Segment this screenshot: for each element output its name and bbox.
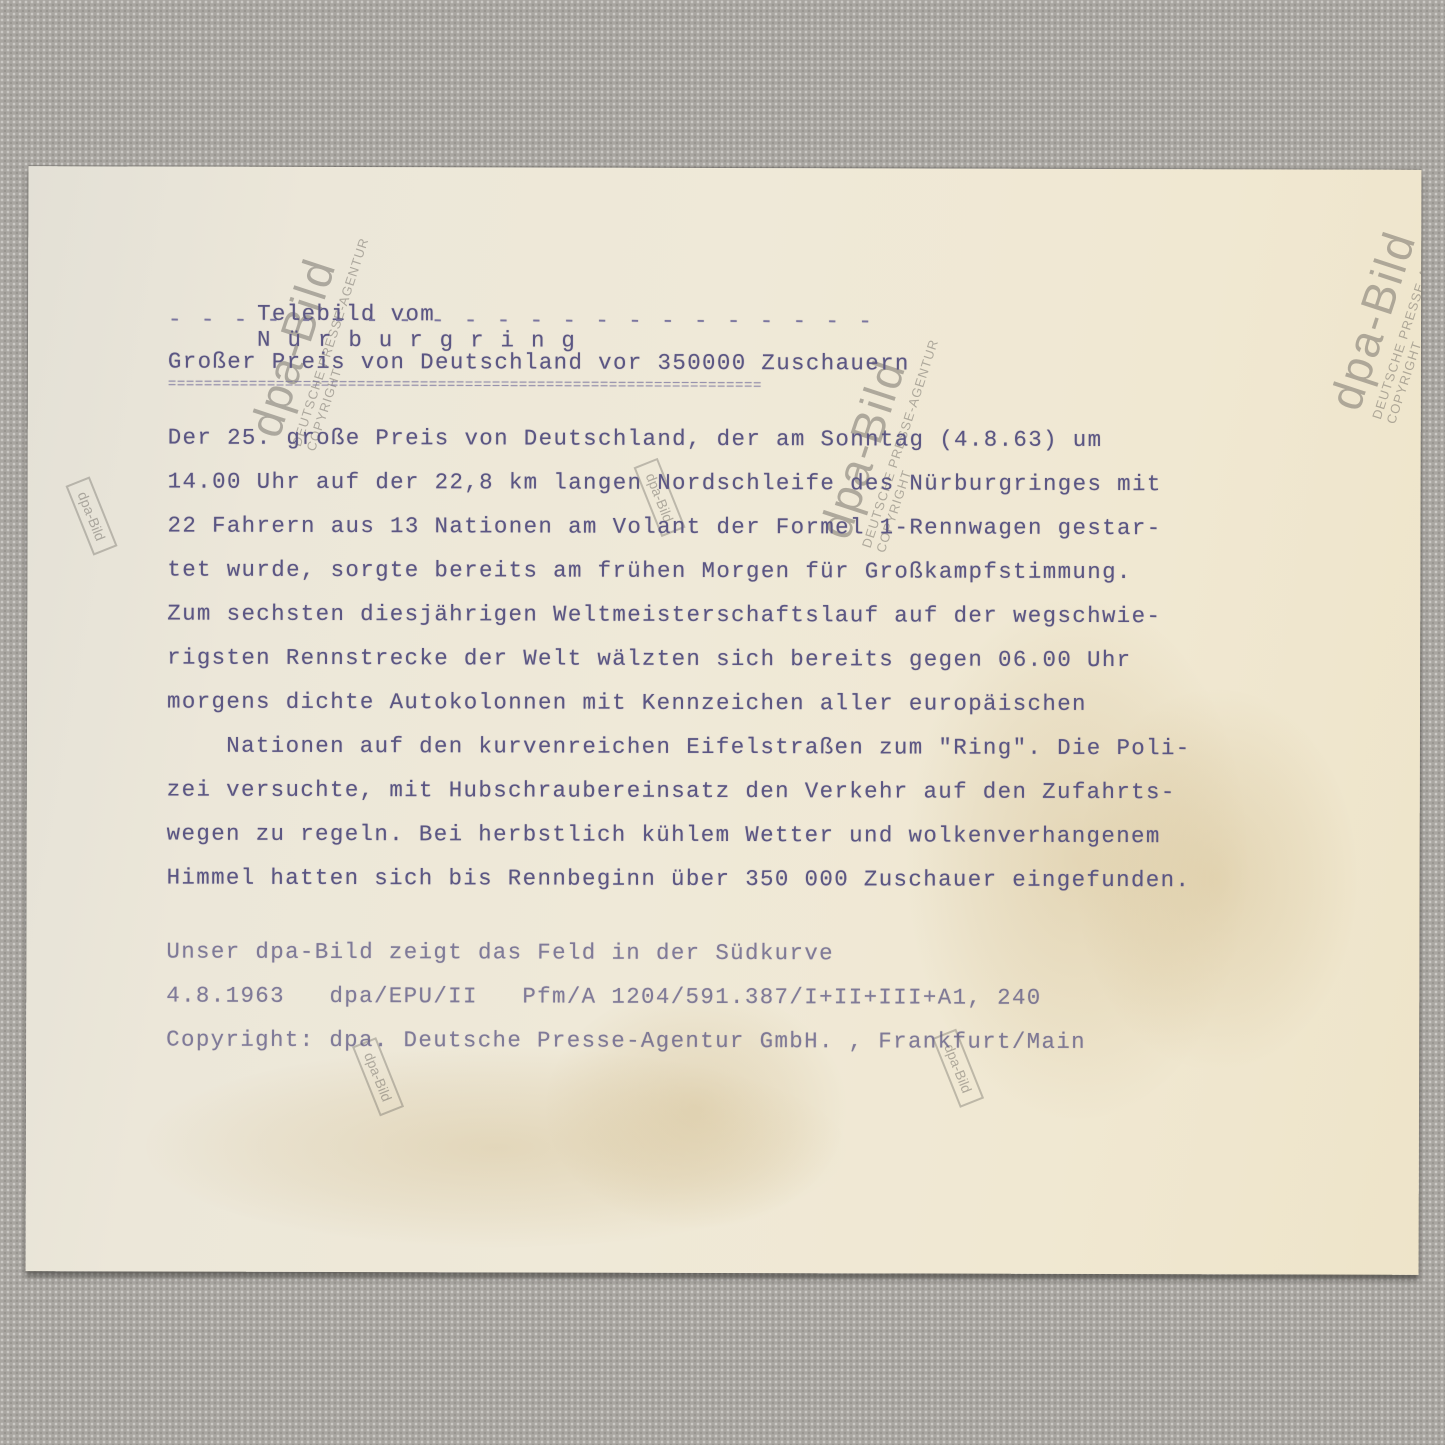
body-line: Zum sechsten diesjährigen Weltmeistersch… — [167, 601, 1161, 630]
boxed-stamp-text: dpa-Bild — [361, 1050, 395, 1104]
photo-caption: Unser dpa-Bild zeigt das Feld in der Süd… — [166, 939, 834, 967]
body-line: wegen zu regeln. Bei herbstlich kühlem W… — [167, 821, 1161, 850]
dpa-copyright-stamp: dpa-Bild DEUTSCHE PRESSE-AGENTUR COPYRIG… — [1318, 192, 1422, 426]
water-stain — [546, 988, 847, 1229]
stamp-title: dpa-Bild — [1318, 192, 1422, 417]
body-line: 22 Fahrern aus 13 Nationen am Volant der… — [167, 513, 1161, 542]
body-line: Nationen auf den kurvenreichen Eifelstra… — [167, 733, 1191, 762]
body-line: rigsten Rennstrecke der Welt wälzten sic… — [167, 645, 1131, 674]
stamp-copyright: COPYRIGHT — [1383, 213, 1421, 426]
body-line: zei versuchte, mit Hubschraubereinsatz d… — [167, 777, 1176, 806]
headline: Großer Preis von Deutschland vor 350000 … — [168, 349, 910, 377]
body-line: Himmel hatten sich bis Rennbeginn über 3… — [167, 865, 1191, 894]
water-stain — [146, 1046, 847, 1248]
headline-underline: ========================================… — [168, 377, 762, 395]
body-line: morgens dichte Autokolonnen mit Kennzeic… — [167, 689, 1087, 717]
reference-line: 4.8.1963 dpa/EPU/II Pfm/A 1204/591.387/I… — [166, 983, 1041, 1011]
body-line: tet wurde, sorgte bereits am frühen Morg… — [167, 557, 1131, 586]
copyright-line: Copyright: dpa. Deutsche Presse-Agentur … — [166, 1027, 1086, 1055]
title-underline: - - - - - - - - - - - - - - - - - - - - … — [168, 307, 875, 335]
boxed-dpa-stamp: dpa-Bild — [66, 476, 118, 556]
body-line: Der 25. große Preis von Deutschland, der… — [168, 425, 1103, 453]
body-line: 14.00 Uhr auf der 22,8 km langen Nordsch… — [168, 469, 1162, 498]
stamp-agency: DEUTSCHE PRESSE-AGENTUR — [1369, 209, 1421, 422]
photo-print-reverse: dpa-Bild DEUTSCHE PRESSE-AGENTUR COPYRIG… — [26, 166, 1422, 1275]
boxed-stamp-text: dpa-Bild — [75, 489, 109, 543]
